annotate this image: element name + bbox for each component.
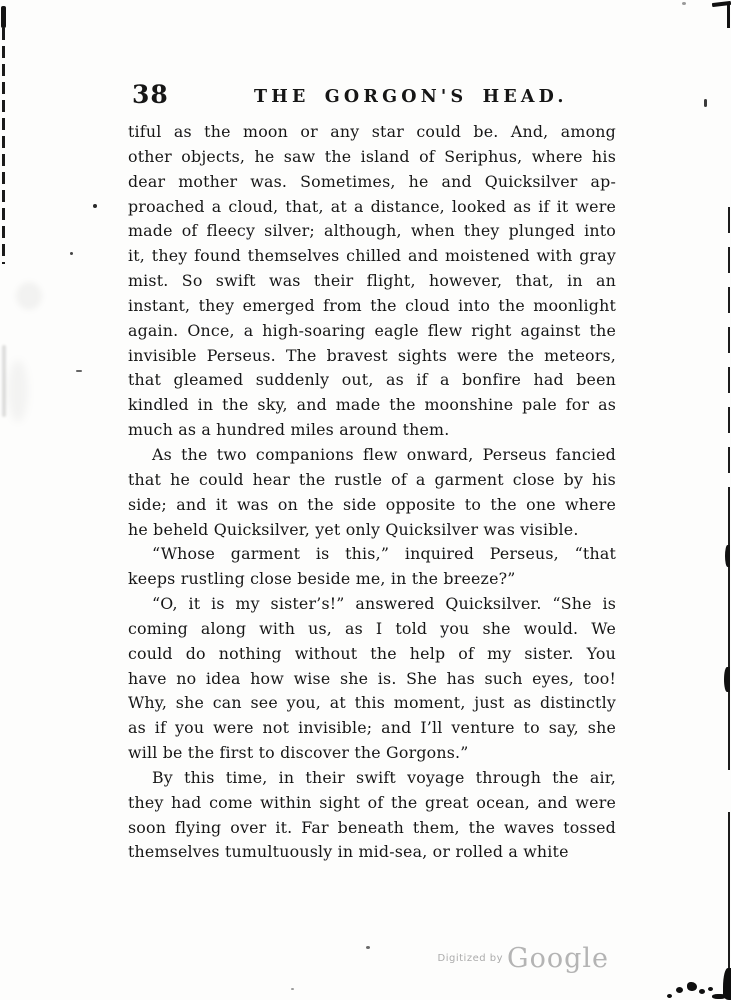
text-line: mist. So swift was their flight, however… <box>128 269 616 294</box>
text-line: side; and it was on the side opposite to… <box>128 493 616 518</box>
ink-speck <box>682 2 686 5</box>
scan-edge-line <box>728 812 730 972</box>
text-line: other objects, he saw the island of Seri… <box>128 145 616 170</box>
binding-mark-left-line <box>2 28 5 264</box>
ink-blot <box>676 987 683 993</box>
scan-edge-line-top <box>727 4 730 28</box>
text-line: Why, she can see you, at this moment, ju… <box>128 691 616 716</box>
text-line: could do nothing without the help of my … <box>128 642 616 667</box>
page-number: 38 <box>132 80 169 109</box>
scan-edge-bump <box>724 667 730 692</box>
text-line: will be the first to discover the Gorgon… <box>128 741 616 766</box>
text-line: that he could hear the rustle of a garme… <box>128 468 616 493</box>
text-line: again. Once, a high-soaring eagle flew r… <box>128 319 616 344</box>
text-line: proached a cloud, that, at a distance, l… <box>128 195 616 220</box>
binding-smudge <box>2 345 6 417</box>
ink-speck <box>70 252 73 255</box>
watermark: Digitized byGoogle <box>438 943 609 974</box>
watermark-prefix: Digitized by <box>438 953 504 964</box>
text-line: keeps rustling close beside me, in the b… <box>128 567 616 592</box>
text-line: dear mother was. Sometimes, he and Quick… <box>128 170 616 195</box>
running-header: THE GORGON'S HEAD. <box>254 87 568 107</box>
paper-smudge <box>8 360 28 422</box>
text-line: coming along with us, as I told you she … <box>128 617 616 642</box>
text-line: he beheld Quicksilver, yet only Quicksil… <box>128 518 616 543</box>
ink-blot <box>699 989 705 994</box>
text-line: By this time, in their swift voyage thro… <box>128 766 616 791</box>
scan-edge-bump <box>725 545 730 567</box>
scan-edge-hook <box>712 1 731 7</box>
text-line: it, they found themselves chilled and mo… <box>128 244 616 269</box>
ink-blot <box>687 982 697 991</box>
text-line: themselves tumultuously in mid-sea, or r… <box>128 840 616 865</box>
ink-speck <box>93 204 97 208</box>
ink-speck <box>704 99 707 107</box>
paper-smudge <box>16 282 42 310</box>
text-line: “O, it is my sister’s!” answered Quicksi… <box>128 592 616 617</box>
scan-edge-line <box>728 505 730 770</box>
text-line: much as a hundred miles around them. <box>128 418 616 443</box>
text-line: made of fleecy silver; although, when th… <box>128 219 616 244</box>
text-line: invisible Perseus. The bravest sights we… <box>128 344 616 369</box>
ink-blot <box>667 994 672 998</box>
text-line: that gleamed suddenly out, as if a bonfi… <box>128 368 616 393</box>
text-block: tiful as the moon or any star could be. … <box>128 120 616 865</box>
text-line: instant, they emerged from the cloud int… <box>128 294 616 319</box>
text-line: they had come within sight of the great … <box>128 791 616 816</box>
text-line: As the two companions flew onward, Perse… <box>128 443 616 468</box>
text-line: soon flying over it. Far beneath them, t… <box>128 816 616 841</box>
text-line: tiful as the moon or any star could be. … <box>128 120 616 145</box>
ink-speck <box>366 946 370 949</box>
text-line: as if you were not invisible; and I’ll v… <box>128 716 616 741</box>
scan-edge-line-end <box>723 968 731 1000</box>
text-line: “Whose garment is this,” inquired Perseu… <box>128 542 616 567</box>
scan-edge-line-dashed <box>728 207 730 505</box>
binding-mark-blob <box>1 6 6 28</box>
ink-blot <box>708 987 713 991</box>
book-page: 38 THE GORGON'S HEAD. tiful as the moon … <box>0 0 731 1000</box>
text-line: have no idea how wise she is. She has su… <box>128 667 616 692</box>
ink-blot <box>712 994 726 999</box>
google-logo: Google <box>507 943 609 974</box>
text-line: kindled in the sky, and made the moonshi… <box>128 393 616 418</box>
ink-speck <box>76 370 82 372</box>
ink-speck <box>291 988 294 990</box>
